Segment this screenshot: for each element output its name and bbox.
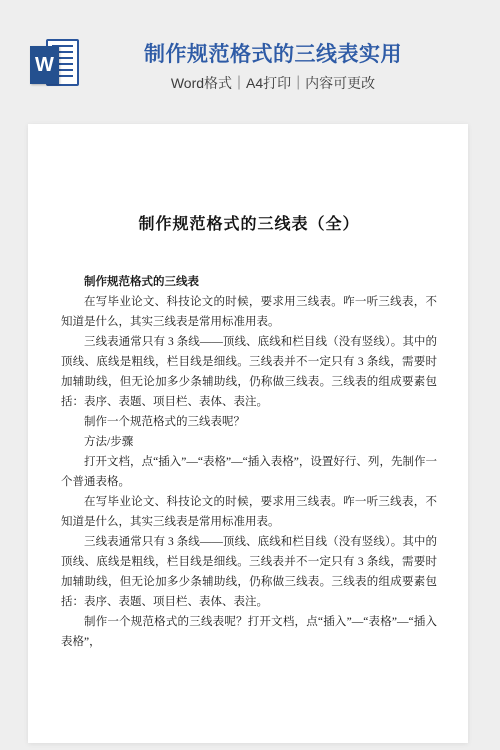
document-preview-sheet: 制作规范格式的三线表（全） 制作规范格式的三线表 在写毕业论文、科技论文的时候，…: [28, 124, 468, 743]
document-title: 制作规范格式的三线表（全）: [61, 211, 437, 234]
doc-paragraph: 制作一个规范格式的三线表呢？: [61, 412, 437, 432]
doc-paragraph: 打开文档，点“插入”—“表格”—“插入表格”，设置好行、列，先制作一个普通表格。: [61, 452, 437, 492]
document-body: 制作规范格式的三线表 在写毕业论文、科技论文的时候，要求用三线表。咋一听三线表，…: [61, 272, 437, 652]
header-text: 制作规范格式的三线表实用 Word格式｜A4打印｜内容可更改: [0, 44, 500, 93]
doc-paragraph: 在写毕业论文、科技论文的时候，要求用三线表。咋一听三线表，不知道是什么，其实三线…: [61, 492, 437, 532]
doc-paragraph: 在写毕业论文、科技论文的时候，要求用三线表。咋一听三线表，不知道是什么，其实三线…: [61, 292, 437, 332]
doc-paragraph: 三线表通常只有 3 条线——顶线、底线和栏目线（没有竖线）。其中的顶线、底线是粗…: [61, 332, 437, 412]
doc-paragraph: 三线表通常只有 3 条线——顶线、底线和栏目线（没有竖线）。其中的顶线、底线是粗…: [61, 532, 437, 612]
template-subtitle: Word格式｜A4打印｜内容可更改: [46, 73, 500, 93]
template-title: 制作规范格式的三线表实用: [46, 44, 500, 66]
header: W 制作规范格式的三线表实用 Word格式｜A4打印｜内容可更改: [0, 0, 500, 124]
doc-paragraph: 制作规范格式的三线表: [61, 272, 437, 292]
doc-paragraph: 方法/步骤: [61, 432, 437, 452]
doc-paragraph: 制作一个规范格式的三线表呢？打开文档，点“插入”—“表格”—“插入表格”，: [61, 612, 437, 652]
